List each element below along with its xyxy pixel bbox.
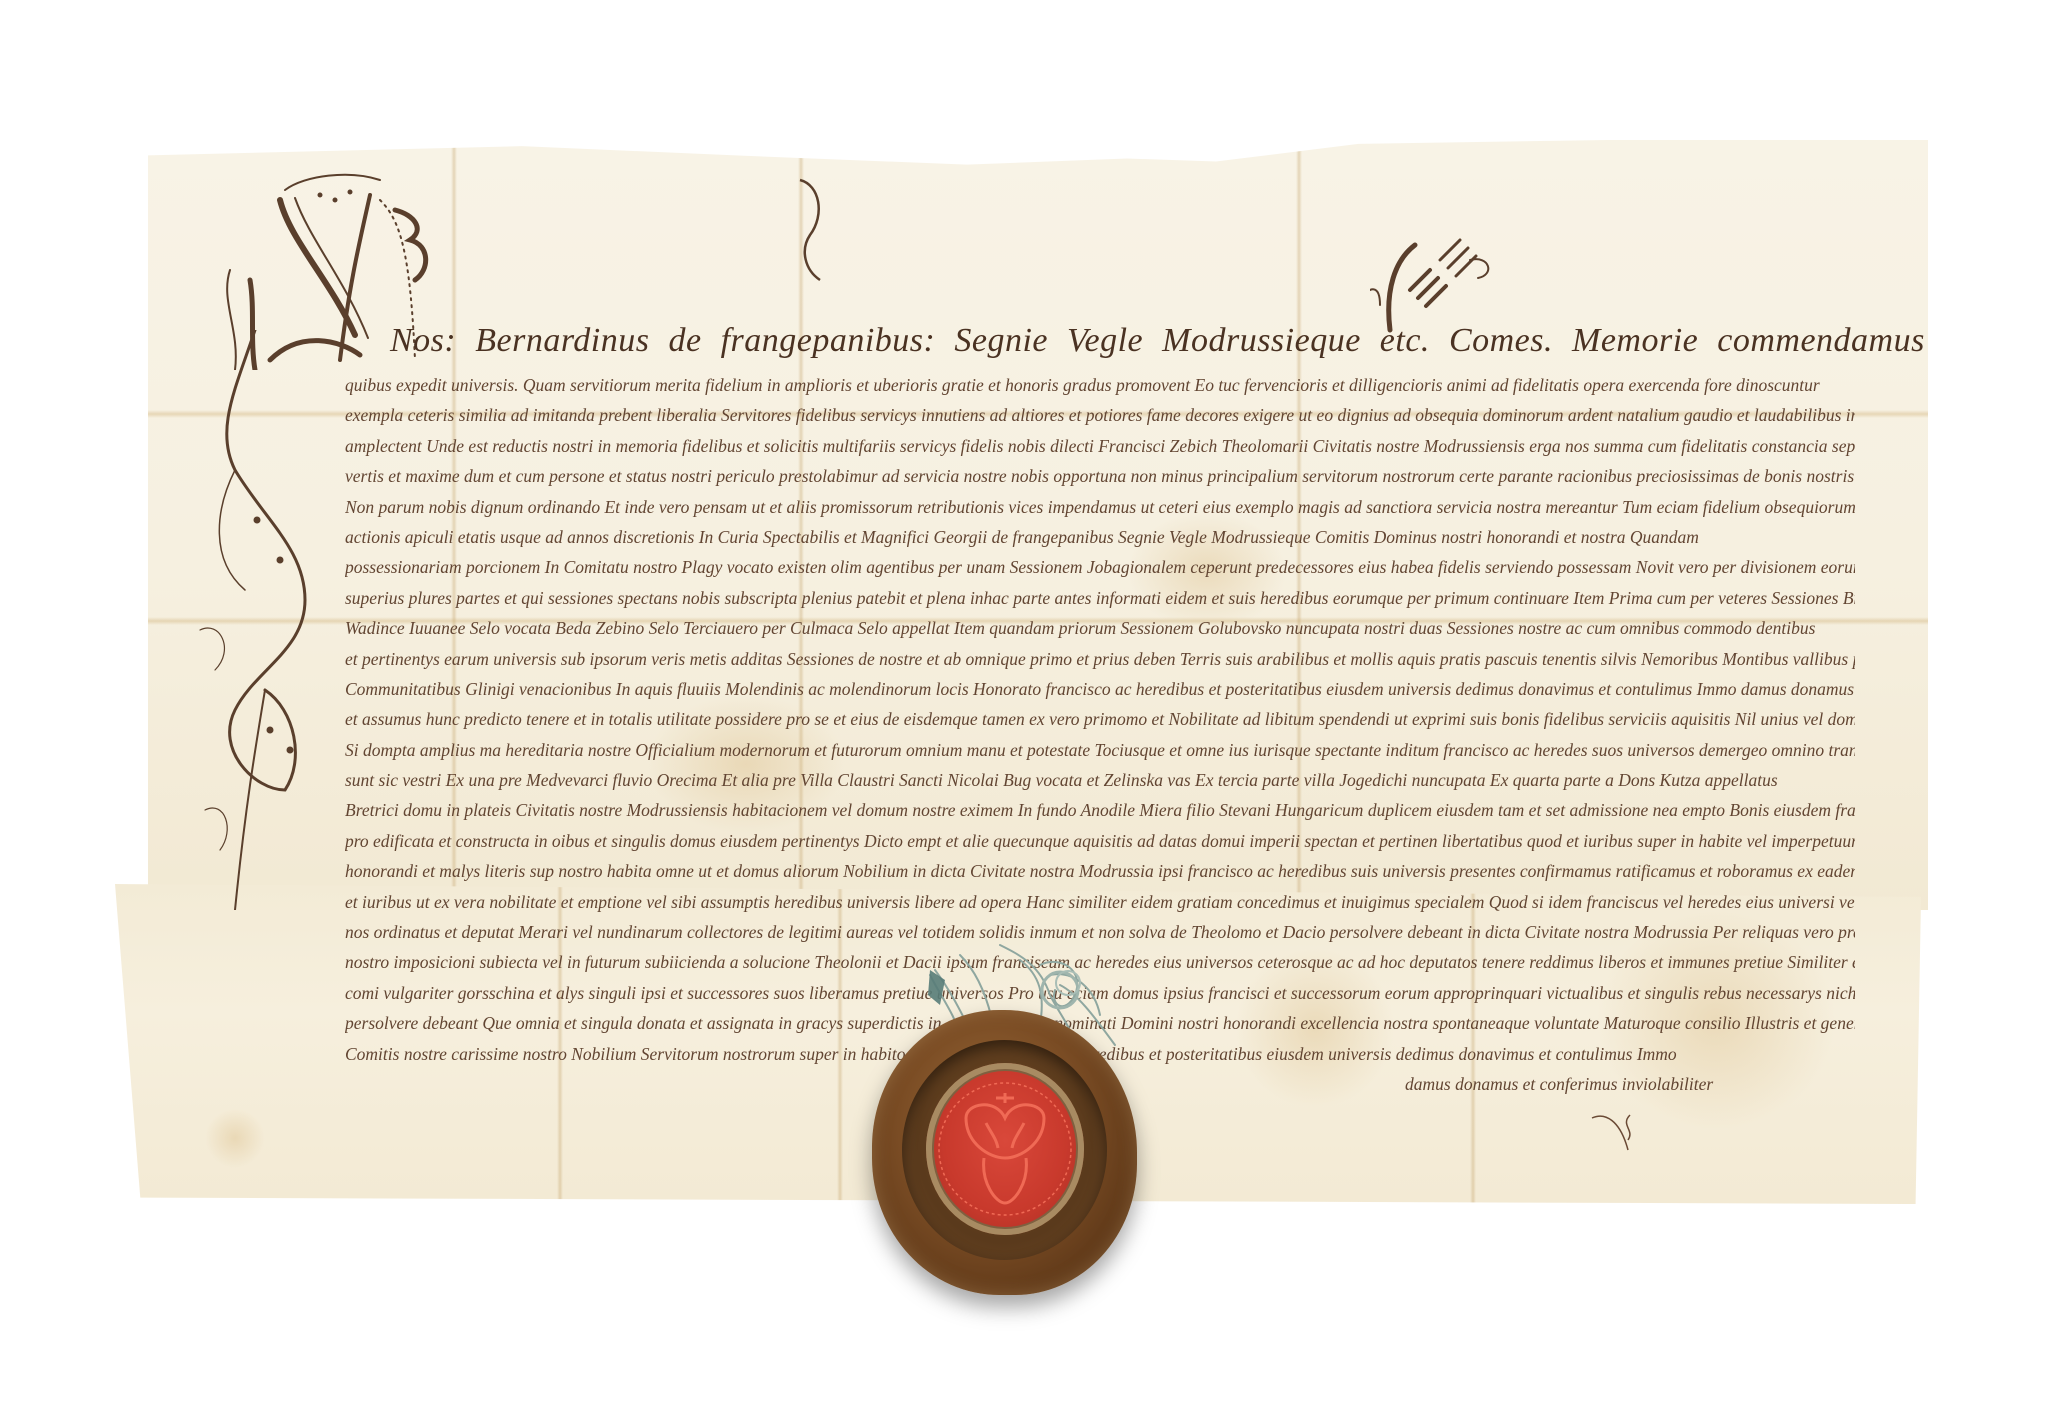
photo-stage: Nos: Bernardinus de frangepanibus: Segni… [0,0,2048,1413]
text-line: vertis et maxime dum et cum persone et s… [345,461,1855,491]
text-line: et pertinentys earum universis sub ipsor… [345,644,1855,674]
text-line: et iuribus ut ex vera nobilitate et empt… [345,887,1855,917]
text-line: pro edificata et constructa in oibus et … [345,826,1855,856]
heading-word: frangepanibus: [721,322,936,359]
pendant-wax-seal [860,935,1140,1295]
vine-border-flourish-icon [195,330,325,910]
text-line: honorandi et malys literis sup nostro ha… [345,856,1855,886]
heading-word: Nos: [390,322,456,359]
text-line: Non parum nobis dignum ordinando Et inde… [345,492,1855,522]
text-line: exempla ceteris similia ad imitanda preb… [345,400,1855,430]
text-line: Bretrici domu in plateis Civitatis nostr… [345,795,1855,825]
text-line: amplectent Unde est reductis nostri in m… [345,431,1855,461]
text-line: possessionariam porcionem In Comitatu no… [345,552,1855,582]
heading-word: Comes. [1449,322,1553,359]
heraldic-emblem-icon [926,1063,1084,1235]
charter-heading: Nos: Bernardinus de frangepanibus: Segni… [390,322,1870,360]
heading-word: Vegle [1067,322,1143,359]
text-line: actionis apiculi etatis usque ad annos d… [345,522,1855,552]
text-line: sunt sic vestri Ex una pre Medvevarci fl… [345,765,1855,795]
heading-word: Modrussieque [1162,322,1361,359]
ascender-flourish-icon [780,175,860,285]
text-line: et assumus hunc predicto tenere et in to… [345,704,1855,734]
text-line: Communitatibus Glinigi venacionibus In a… [345,674,1855,704]
heading-word: etc. [1380,322,1430,359]
heading-word: commendamus [1717,322,1925,359]
text-line: Si dompta amplius ma hereditaria nostre … [345,735,1855,765]
heading-word: Bernardinus [475,322,649,359]
age-stain [205,1108,265,1168]
text-line: Wadince Iuuanee Selo vocata Beda Zebino … [345,613,1855,643]
heading-word: de [668,322,701,359]
heading-word: Segnie [954,322,1048,359]
registry-mark-icon [1590,1110,1650,1160]
text-line: superius plures partes et qui sessiones … [345,583,1855,613]
text-line: quibus expedit universis. Quam servitior… [345,370,1855,400]
heading-word: Memorie [1572,322,1698,359]
